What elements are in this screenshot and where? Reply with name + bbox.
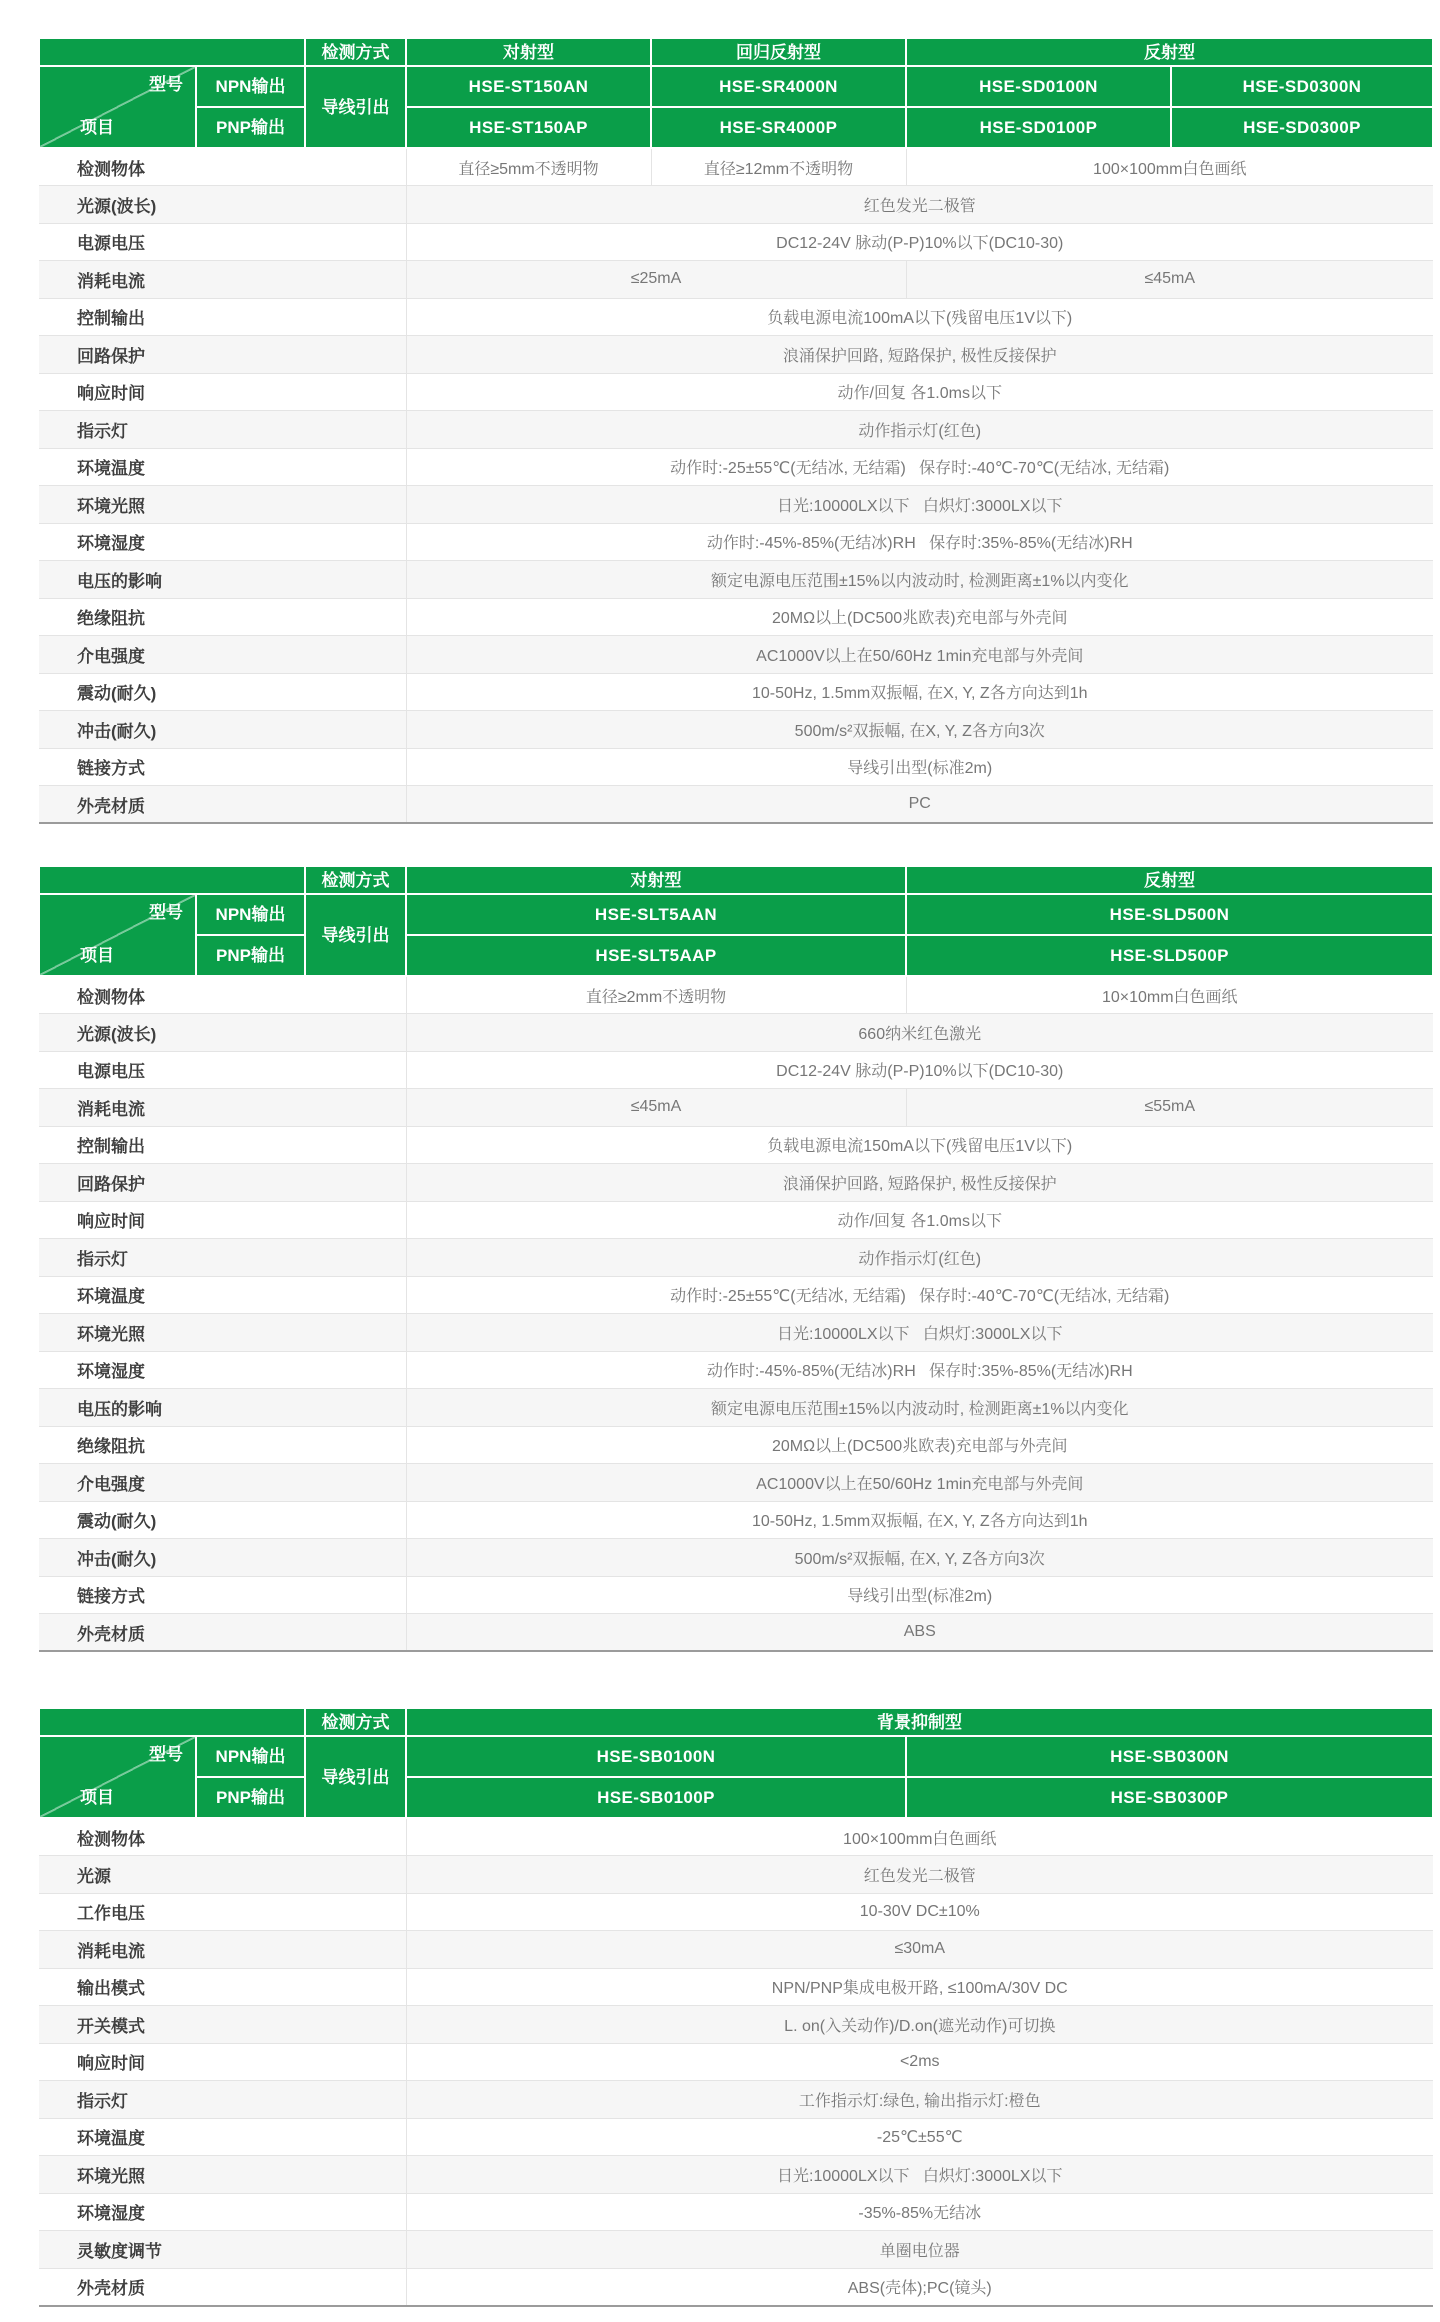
npn-output-header: NPN输出 (196, 1736, 305, 1777)
spec-row: 工作电压10-30V DC±10% (39, 1893, 1433, 1931)
row-label: 外壳材质 (39, 1614, 406, 1652)
spec-value-cell: 10-50Hz, 1.5mm双振幅, 在X, Y, Z各方向达到1h (406, 673, 1433, 711)
model-cell: HSE-SR4000N (651, 66, 906, 107)
row-label: 消耗电流 (39, 261, 406, 299)
spec-table-bgs: 检测方式背景抑制型型号项目NPN输出导线引出HSE-SB0100NHSE-SB0… (38, 1707, 1434, 2307)
spec-value-cell: 直径≥5mm不透明物 (406, 148, 651, 186)
row-label: 控制输出 (39, 1126, 406, 1164)
spec-value-cell: 动作时:-25±55℃(无结冰, 无结霜) 保存时:-40℃-70℃(无结冰, … (406, 1276, 1433, 1314)
row-label: 工作电压 (39, 1893, 406, 1931)
row-label: 外壳材质 (39, 2268, 406, 2306)
spec-value-cell: 直径≥12mm不透明物 (651, 148, 906, 186)
row-label: 电源电压 (39, 1051, 406, 1089)
spec-row: 环境温度动作时:-25±55℃(无结冰, 无结霜) 保存时:-40℃-70℃(无… (39, 1276, 1433, 1314)
npn-output-header: NPN输出 (196, 894, 305, 935)
spec-value-cell: 额定电源电压范围±15%以内波动时, 检测距离±1%以内变化 (406, 1389, 1433, 1427)
sensor-spec-sheet: 检测方式对射型回归反射型反射型型号项目NPN输出导线引出HSE-ST150ANH… (0, 37, 1440, 2322)
corner-cell: 型号项目 (39, 66, 196, 148)
row-label: 环境光照 (39, 486, 406, 524)
row-label: 指示灯 (39, 1239, 406, 1277)
model-cell: HSE-SLT5AAN (406, 894, 906, 935)
spec-row: 环境光照日光:10000LX以下 白炽灯:3000LX以下 (39, 2156, 1433, 2194)
row-label: 冲击(耐久) (39, 711, 406, 749)
spec-row: 回路保护浪涌保护回路, 短路保护, 极性反接保护 (39, 336, 1433, 374)
row-label: 开关模式 (39, 2006, 406, 2044)
spec-row: 震动(耐久)10-50Hz, 1.5mm双振幅, 在X, Y, Z各方向达到1h (39, 673, 1433, 711)
row-label: 响应时间 (39, 373, 406, 411)
spec-value-cell: 日光:10000LX以下 白炽灯:3000LX以下 (406, 2156, 1433, 2194)
spec-row: 消耗电流≤45mA≤55mA (39, 1089, 1433, 1127)
spec-value-cell: 浪涌保护回路, 短路保护, 极性反接保护 (406, 336, 1433, 374)
spec-row: 光源(波长)660纳米红色激光 (39, 1014, 1433, 1052)
spec-value-cell: 20MΩ以上(DC500兆欧表)充电部与外壳间 (406, 598, 1433, 636)
blank-header-cell (39, 866, 305, 894)
header-row-pnp-models: PNP输出HSE-SB0100PHSE-SB0300P (39, 1777, 1433, 1818)
detect-method-header: 检测方式 (305, 1708, 406, 1736)
spec-row: 冲击(耐久)500m/s²双振幅, 在X, Y, Z各方向3次 (39, 711, 1433, 749)
lead-out-header: 导线引出 (305, 66, 406, 148)
spec-row: 指示灯动作指示灯(红色) (39, 1239, 1433, 1277)
spec-value-cell: 100×100mm白色画纸 (906, 148, 1433, 186)
spec-value-cell: -25℃±55℃ (406, 2118, 1433, 2156)
spec-row: 绝缘阻抗20MΩ以上(DC500兆欧表)充电部与外壳间 (39, 1426, 1433, 1464)
spec-row: 检测物体100×100mm白色画纸 (39, 1818, 1433, 1856)
detect-method-header: 检测方式 (305, 38, 406, 66)
spec-value-cell: 动作/回复 各1.0ms以下 (406, 1201, 1433, 1239)
spec-row: 环境温度动作时:-25±55℃(无结冰, 无结霜) 保存时:-40℃-70℃(无… (39, 448, 1433, 486)
spec-value-cell: ≤45mA (406, 1089, 906, 1127)
spec-value-cell: 动作指示灯(红色) (406, 1239, 1433, 1277)
model-cell: HSE-SB0300N (906, 1736, 1433, 1777)
spec-value-cell: 日光:10000LX以下 白炽灯:3000LX以下 (406, 1314, 1433, 1352)
table-header: 检测方式背景抑制型型号项目NPN输出导线引出HSE-SB0100NHSE-SB0… (39, 1708, 1433, 1818)
header-row-npn-models: 型号项目NPN输出导线引出HSE-SLT5AANHSE-SLD500N (39, 894, 1433, 935)
spec-value-cell: 500m/s²双振幅, 在X, Y, Z各方向3次 (406, 1539, 1433, 1577)
model-cell: HSE-ST150AP (406, 107, 651, 148)
spec-value-cell: 500m/s²双振幅, 在X, Y, Z各方向3次 (406, 711, 1433, 749)
spec-value-cell: ABS (406, 1614, 1433, 1652)
corner-model-label: 型号 (149, 1746, 183, 1763)
row-label: 检测物体 (39, 1818, 406, 1856)
type-header: 对射型 (406, 866, 906, 894)
spec-value-cell: 浪涌保护回路, 短路保护, 极性反接保护 (406, 1164, 1433, 1202)
model-cell: HSE-SD0100P (906, 107, 1171, 148)
spec-value-cell: 红色发光二极管 (406, 1856, 1433, 1894)
spec-value-cell: 10×10mm白色画纸 (906, 976, 1433, 1014)
row-label: 震动(耐久) (39, 1501, 406, 1539)
spec-row: 响应时间动作/回复 各1.0ms以下 (39, 1201, 1433, 1239)
row-label: 环境温度 (39, 2118, 406, 2156)
pnp-output-header: PNP输出 (196, 107, 305, 148)
spec-row: 开关模式L. on(入关动作)/D.on(遮光动作)可切换 (39, 2006, 1433, 2044)
row-label: 外壳材质 (39, 786, 406, 824)
spec-row: 绝缘阻抗20MΩ以上(DC500兆欧表)充电部与外壳间 (39, 598, 1433, 636)
row-label: 环境光照 (39, 2156, 406, 2194)
row-label: 环境温度 (39, 1276, 406, 1314)
model-cell: HSE-SD0300P (1171, 107, 1433, 148)
corner-item-label: 项目 (80, 1789, 114, 1806)
spec-value-cell: 动作时:-45%-85%(无结冰)RH 保存时:35%-85%(无结冰)RH (406, 523, 1433, 561)
spec-row: 检测物体直径≥2mm不透明物10×10mm白色画纸 (39, 976, 1433, 1014)
row-label: 环境光照 (39, 1314, 406, 1352)
spec-row: 冲击(耐久)500m/s²双振幅, 在X, Y, Z各方向3次 (39, 1539, 1433, 1577)
spec-value-cell: 动作/回复 各1.0ms以下 (406, 373, 1433, 411)
spec-row: 灵敏度调节单圈电位器 (39, 2231, 1433, 2269)
spec-row: 指示灯动作指示灯(红色) (39, 411, 1433, 449)
spec-row: 光源(波长)红色发光二极管 (39, 186, 1433, 224)
row-label: 输出模式 (39, 1968, 406, 2006)
row-label: 光源(波长) (39, 186, 406, 224)
spec-value-cell: PC (406, 786, 1433, 824)
model-cell: HSE-SLD500N (906, 894, 1433, 935)
row-label: 指示灯 (39, 411, 406, 449)
model-cell: HSE-ST150AN (406, 66, 651, 107)
model-cell: HSE-SLT5AAP (406, 935, 906, 976)
row-label: 绝缘阻抗 (39, 598, 406, 636)
spec-row: 环境湿度动作时:-45%-85%(无结冰)RH 保存时:35%-85%(无结冰)… (39, 523, 1433, 561)
spec-value-cell: 10-30V DC±10% (406, 1893, 1433, 1931)
row-label: 环境湿度 (39, 523, 406, 561)
type-header: 回归反射型 (651, 38, 906, 66)
detect-method-header: 检测方式 (305, 866, 406, 894)
spec-row: 电压的影响额定电源电压范围±15%以内波动时, 检测距离±1%以内变化 (39, 561, 1433, 599)
spec-row: 光源红色发光二极管 (39, 1856, 1433, 1894)
row-label: 介电强度 (39, 636, 406, 674)
row-label: 消耗电流 (39, 1931, 406, 1969)
row-label: 环境湿度 (39, 2193, 406, 2231)
spec-value-cell: 动作指示灯(红色) (406, 411, 1433, 449)
spec-row: 环境光照日光:10000LX以下 白炽灯:3000LX以下 (39, 1314, 1433, 1352)
blank-header-cell (39, 38, 305, 66)
spec-value-cell: ≤45mA (906, 261, 1433, 299)
spec-value-cell: AC1000V以上在50/60Hz 1min充电部与外壳间 (406, 1464, 1433, 1502)
header-row-npn-models: 型号项目NPN输出导线引出HSE-ST150ANHSE-SR4000NHSE-S… (39, 66, 1433, 107)
spec-row: 回路保护浪涌保护回路, 短路保护, 极性反接保护 (39, 1164, 1433, 1202)
spec-value-cell: 动作时:-25±55℃(无结冰, 无结霜) 保存时:-40℃-70℃(无结冰, … (406, 448, 1433, 486)
header-row-types: 检测方式对射型回归反射型反射型 (39, 38, 1433, 66)
row-label: 链接方式 (39, 748, 406, 786)
spec-row: 环境光照日光:10000LX以下 白炽灯:3000LX以下 (39, 486, 1433, 524)
row-label: 电源电压 (39, 223, 406, 261)
spec-row: 检测物体直径≥5mm不透明物直径≥12mm不透明物100×100mm白色画纸 (39, 148, 1433, 186)
corner-cell: 型号项目 (39, 894, 196, 976)
spec-value-cell: 负载电源电流100mA以下(残留电压1V以下) (406, 298, 1433, 336)
table-header: 检测方式对射型回归反射型反射型型号项目NPN输出导线引出HSE-ST150ANH… (39, 38, 1433, 148)
npn-output-header: NPN输出 (196, 66, 305, 107)
spec-value-cell: ≤55mA (906, 1089, 1433, 1127)
row-label: 绝缘阻抗 (39, 1426, 406, 1464)
row-label: 回路保护 (39, 336, 406, 374)
model-cell: HSE-SD0300N (1171, 66, 1433, 107)
model-cell: HSE-SB0300P (906, 1777, 1433, 1818)
table-body: 检测物体直径≥2mm不透明物10×10mm白色画纸光源(波长)660纳米红色激光… (39, 976, 1433, 1651)
spec-value-cell: <2ms (406, 2043, 1433, 2081)
pnp-output-header: PNP输出 (196, 1777, 305, 1818)
header-row-types: 检测方式背景抑制型 (39, 1708, 1433, 1736)
pnp-output-header: PNP输出 (196, 935, 305, 976)
model-cell: HSE-SB0100P (406, 1777, 906, 1818)
spec-value-cell: ≤25mA (406, 261, 906, 299)
spec-value-cell: 单圈电位器 (406, 2231, 1433, 2269)
spec-row: 外壳材质PC (39, 786, 1433, 824)
spec-value-cell: ≤30mA (406, 1931, 1433, 1969)
spec-row: 电源电压DC12-24V 脉动(P-P)10%以下(DC10-30) (39, 223, 1433, 261)
spec-row: 链接方式导线引出型(标准2m) (39, 1576, 1433, 1614)
header-row-pnp-models: PNP输出HSE-SLT5AAPHSE-SLD500P (39, 935, 1433, 976)
row-label: 回路保护 (39, 1164, 406, 1202)
spec-row: 环境湿度-35%-85%无结冰 (39, 2193, 1433, 2231)
spec-row: 环境湿度动作时:-45%-85%(无结冰)RH 保存时:35%-85%(无结冰)… (39, 1351, 1433, 1389)
spec-value-cell: L. on(入关动作)/D.on(遮光动作)可切换 (406, 2006, 1433, 2044)
spec-row: 响应时间<2ms (39, 2043, 1433, 2081)
model-cell: HSE-SB0100N (406, 1736, 906, 1777)
spec-row: 消耗电流≤25mA≤45mA (39, 261, 1433, 299)
corner-cell: 型号项目 (39, 1736, 196, 1818)
spec-value-cell: 100×100mm白色画纸 (406, 1818, 1433, 1856)
spec-value-cell: 20MΩ以上(DC500兆欧表)充电部与外壳间 (406, 1426, 1433, 1464)
spec-row: 震动(耐久)10-50Hz, 1.5mm双振幅, 在X, Y, Z各方向达到1h (39, 1501, 1433, 1539)
type-header: 对射型 (406, 38, 651, 66)
spec-row: 介电强度AC1000V以上在50/60Hz 1min充电部与外壳间 (39, 1464, 1433, 1502)
corner-model-label: 型号 (149, 904, 183, 921)
row-label: 控制输出 (39, 298, 406, 336)
row-label: 响应时间 (39, 2043, 406, 2081)
spec-row: 指示灯工作指示灯:绿色, 输出指示灯:橙色 (39, 2081, 1433, 2119)
header-row-pnp-models: PNP输出HSE-ST150APHSE-SR4000PHSE-SD0100PHS… (39, 107, 1433, 148)
corner-item-label: 项目 (80, 947, 114, 964)
spec-value-cell: -35%-85%无结冰 (406, 2193, 1433, 2231)
spec-value-cell: 导线引出型(标准2m) (406, 1576, 1433, 1614)
blank-header-cell (39, 1708, 305, 1736)
row-label: 震动(耐久) (39, 673, 406, 711)
spec-value-cell: 负载电源电流150mA以下(残留电压1V以下) (406, 1126, 1433, 1164)
spec-value-cell: 工作指示灯:绿色, 输出指示灯:橙色 (406, 2081, 1433, 2119)
spec-row: 控制输出负载电源电流100mA以下(残留电压1V以下) (39, 298, 1433, 336)
table-body: 检测物体直径≥5mm不透明物直径≥12mm不透明物100×100mm白色画纸光源… (39, 148, 1433, 823)
spec-row: 介电强度AC1000V以上在50/60Hz 1min充电部与外壳间 (39, 636, 1433, 674)
row-label: 响应时间 (39, 1201, 406, 1239)
spec-value-cell: 660纳米红色激光 (406, 1014, 1433, 1052)
row-label: 介电强度 (39, 1464, 406, 1502)
spec-value-cell: 导线引出型(标准2m) (406, 748, 1433, 786)
row-label: 指示灯 (39, 2081, 406, 2119)
row-label: 光源(波长) (39, 1014, 406, 1052)
spec-row: 外壳材质ABS(壳体);PC(镜头) (39, 2268, 1433, 2306)
spec-row: 电压的影响额定电源电压范围±15%以内波动时, 检测距离±1%以内变化 (39, 1389, 1433, 1427)
spec-value-cell: ABS(壳体);PC(镜头) (406, 2268, 1433, 2306)
table-body: 检测物体100×100mm白色画纸光源红色发光二极管工作电压10-30V DC±… (39, 1818, 1433, 2306)
row-label: 电压的影响 (39, 1389, 406, 1427)
spec-row: 环境温度-25℃±55℃ (39, 2118, 1433, 2156)
lead-out-header: 导线引出 (305, 894, 406, 976)
spec-value-cell: 日光:10000LX以下 白炽灯:3000LX以下 (406, 486, 1433, 524)
spec-value-cell: 动作时:-45%-85%(无结冰)RH 保存时:35%-85%(无结冰)RH (406, 1351, 1433, 1389)
type-header: 背景抑制型 (406, 1708, 1433, 1736)
row-label: 冲击(耐久) (39, 1539, 406, 1577)
row-label: 光源 (39, 1856, 406, 1894)
spec-value-cell: DC12-24V 脉动(P-P)10%以下(DC10-30) (406, 223, 1433, 261)
spec-table-laser: 检测方式对射型反射型型号项目NPN输出导线引出HSE-SLT5AANHSE-SL… (38, 865, 1434, 1652)
spec-table-standard: 检测方式对射型回归反射型反射型型号项目NPN输出导线引出HSE-ST150ANH… (38, 37, 1434, 824)
spec-row: 响应时间动作/回复 各1.0ms以下 (39, 373, 1433, 411)
spec-row: 链接方式导线引出型(标准2m) (39, 748, 1433, 786)
header-row-types: 检测方式对射型反射型 (39, 866, 1433, 894)
lead-out-header: 导线引出 (305, 1736, 406, 1818)
type-header: 反射型 (906, 866, 1433, 894)
row-label: 检测物体 (39, 148, 406, 186)
spec-value-cell: DC12-24V 脉动(P-P)10%以下(DC10-30) (406, 1051, 1433, 1089)
model-cell: HSE-SR4000P (651, 107, 906, 148)
spec-row: 消耗电流≤30mA (39, 1931, 1433, 1969)
spec-value-cell: 直径≥2mm不透明物 (406, 976, 906, 1014)
spec-row: 输出模式NPN/PNP集成电极开路, ≤100mA/30V DC (39, 1968, 1433, 2006)
row-label: 环境湿度 (39, 1351, 406, 1389)
model-cell: HSE-SLD500P (906, 935, 1433, 976)
spec-value-cell: 额定电源电压范围±15%以内波动时, 检测距离±1%以内变化 (406, 561, 1433, 599)
spec-value-cell: NPN/PNP集成电极开路, ≤100mA/30V DC (406, 1968, 1433, 2006)
row-label: 环境温度 (39, 448, 406, 486)
spec-row: 电源电压DC12-24V 脉动(P-P)10%以下(DC10-30) (39, 1051, 1433, 1089)
model-cell: HSE-SD0100N (906, 66, 1171, 107)
type-header: 反射型 (906, 38, 1433, 66)
spec-row: 控制输出负载电源电流150mA以下(残留电压1V以下) (39, 1126, 1433, 1164)
spec-value-cell: 10-50Hz, 1.5mm双振幅, 在X, Y, Z各方向达到1h (406, 1501, 1433, 1539)
row-label: 电压的影响 (39, 561, 406, 599)
spec-value-cell: 红色发光二极管 (406, 186, 1433, 224)
row-label: 消耗电流 (39, 1089, 406, 1127)
row-label: 检测物体 (39, 976, 406, 1014)
header-row-npn-models: 型号项目NPN输出导线引出HSE-SB0100NHSE-SB0300N (39, 1736, 1433, 1777)
row-label: 灵敏度调节 (39, 2231, 406, 2269)
spec-value-cell: AC1000V以上在50/60Hz 1min充电部与外壳间 (406, 636, 1433, 674)
row-label: 链接方式 (39, 1576, 406, 1614)
corner-item-label: 项目 (80, 119, 114, 136)
spec-row: 外壳材质ABS (39, 1614, 1433, 1652)
corner-model-label: 型号 (149, 76, 183, 93)
table-header: 检测方式对射型反射型型号项目NPN输出导线引出HSE-SLT5AANHSE-SL… (39, 866, 1433, 976)
